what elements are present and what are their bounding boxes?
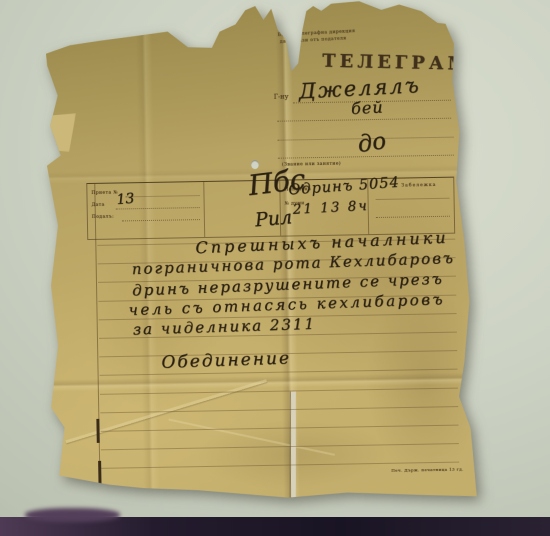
addressee-label: Г-ну: [274, 93, 289, 101]
photo-of-telegram: Бърза телеграфна дирекция да се пази отъ…: [0, 0, 550, 536]
hw-count-13: 13: [116, 191, 135, 208]
printer-imprint: Печ. Държ. печатница 13 гд.: [391, 467, 464, 473]
leader-line: [125, 195, 199, 197]
notes-line: [376, 216, 450, 218]
hw-addressee-name2: бей: [351, 97, 384, 118]
telegram-paper: Бърза телеграфна дирекция да се пази отъ…: [39, 0, 484, 514]
margin-ink-mark: [96, 419, 99, 443]
telegram-paper-wrapper: Бърза телеграфна дирекция да се пази отъ…: [39, 0, 484, 516]
form-title: ТЕЛЕГРАМА: [322, 51, 490, 76]
notes-line: [376, 198, 450, 200]
table-notes-header: Забележка: [401, 183, 436, 189]
leader-line: [116, 207, 200, 209]
hw-flourish-do: до: [356, 128, 388, 158]
table-label-date: Дата: [92, 203, 105, 208]
table-divider: [203, 182, 205, 237]
leader-line: [122, 219, 200, 221]
hw-flourish-bottom: Рил: [254, 206, 293, 231]
margin-ink-mark: [98, 461, 101, 489]
